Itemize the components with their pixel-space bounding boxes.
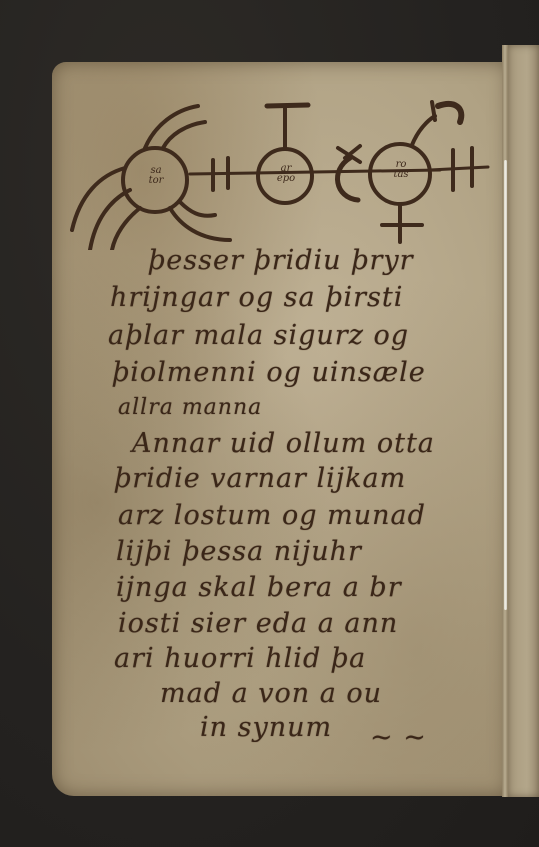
manuscript-line: hrijngar og sa þirsti [110,282,403,313]
manuscript-line: lijþi þessa nijuhr [116,536,362,567]
manuscript-line: þridie varnar lijkam [114,463,406,494]
manuscript-line: ijnga skal bera a br [116,572,402,603]
manuscript-text: þesser þridiu þryr hrijngar og sa þirsti… [0,0,539,847]
manuscript-line: þiolmenni og uinsæle [112,357,426,388]
manuscript-line: Annar uid ollum otta [132,428,435,459]
manuscript-line: aþlar mala sigurz og [108,320,409,351]
manuscript-line: allra manna [118,395,262,420]
manuscript-line: in synum [200,712,332,743]
manuscript-line: ari huorri hlid þa [114,643,366,674]
manuscript-line: mad a von a ou [160,678,382,709]
manuscript-line: þesser þridiu þryr [148,245,414,276]
manuscript-line: iosti sier eda a ann [118,608,398,639]
end-flourish: ~ ~ [370,722,427,753]
manuscript-line: arz lostum og munad [118,500,426,531]
